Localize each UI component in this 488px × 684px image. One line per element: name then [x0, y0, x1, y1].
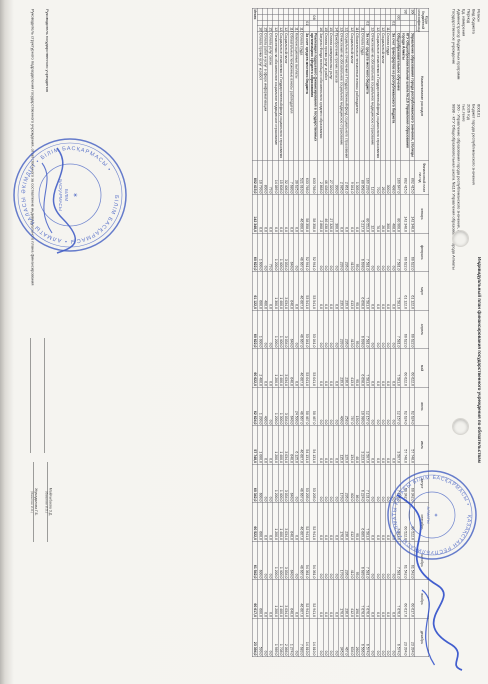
- expense-name: КГУ Общеобразовательная школа №116 Управ…: [401, 32, 410, 161]
- month-value: 0,0: [333, 349, 338, 388]
- plan-value: 2 985,0: [339, 160, 344, 195]
- month-value: 46 660,0: [299, 195, 304, 234]
- month-value: 190,0: [354, 580, 359, 619]
- month-value: 60 622,0: [401, 349, 410, 388]
- month-value: 7 581,0: [365, 233, 370, 272]
- month-value: 0,0: [390, 580, 395, 619]
- month-value: 6 566,0: [359, 618, 364, 657]
- month-value: 6 698,0: [359, 310, 364, 349]
- month-value: 46 667,0: [299, 233, 304, 272]
- expense-name: Реализация подушевого финансирования в г…: [309, 32, 318, 161]
- month-value: 0,0: [380, 426, 385, 465]
- month-value: 0,0: [268, 618, 273, 657]
- month-value: 0,0: [268, 195, 273, 234]
- month-value: 236,0: [344, 580, 349, 619]
- month-value: 0,0: [370, 233, 375, 272]
- plan-value: 32 406,0: [283, 160, 288, 195]
- expense-name: Затраты Фонда всеобщего обязательного ср…: [318, 32, 323, 161]
- month-value: 7 581,0: [365, 349, 370, 388]
- month-value: 412,0: [349, 541, 354, 580]
- month-value: 46 667,0: [299, 580, 304, 619]
- month-value: 412,0: [349, 503, 354, 542]
- month-column-header-12: декабрь: [415, 618, 429, 657]
- month-value: 2 868,0: [318, 195, 323, 234]
- month-value: 0,0: [263, 310, 268, 349]
- month-value: 0,0: [385, 310, 390, 349]
- month-value: 0,0: [375, 387, 380, 426]
- month-value: 0,0: [268, 272, 273, 311]
- month-value: 3 034,0: [283, 426, 288, 465]
- month-value: 58 358,0: [304, 195, 309, 234]
- month-value: 1 600,0: [257, 233, 262, 272]
- month-value: 0,0: [288, 195, 293, 234]
- month-value: 7 131,0: [396, 464, 401, 503]
- fio-caption: (Фамилия И.О.): [30, 462, 33, 542]
- unit-value: тыс.тенге: [461, 104, 466, 289]
- total-month-value: 60 622,0: [252, 233, 257, 272]
- month-value: 0,0: [380, 310, 385, 349]
- month-column-header-6: июнь: [415, 387, 429, 426]
- fio-caption: (Фамилия И.О.): [45, 462, 48, 542]
- month-value: 0,0: [263, 618, 268, 657]
- table-row: 015За счет средств местного бюджета633 7…: [304, 8, 309, 657]
- month-value: 0,0: [294, 618, 299, 657]
- month-value: 239,0: [344, 272, 349, 311]
- month-value: 412,0: [349, 580, 354, 619]
- month-value: 7 676,0: [396, 580, 401, 619]
- signature2-name: Жумадилова Г.Б.: [33, 462, 38, 542]
- expense-name: Социальные отчисления в Государственный …: [375, 32, 380, 161]
- month-value: 413,0: [349, 349, 354, 388]
- month-value: 80 552,0: [365, 195, 370, 234]
- month-value: 54 361,0: [304, 541, 309, 580]
- code-subprogram: 015: [365, 20, 370, 26]
- month-value: 0,0: [318, 310, 323, 349]
- month-value: 1 200,0: [273, 349, 278, 388]
- month-value: 52 941,0: [304, 580, 309, 619]
- month-value: 60 622,0: [410, 349, 415, 388]
- month-value: 0,0: [375, 541, 380, 580]
- month-value: 0,0: [323, 310, 328, 349]
- month-value: 0,0: [375, 349, 380, 388]
- total-month-value: 60 342,0: [252, 464, 257, 503]
- month-value: 0,0: [294, 272, 299, 311]
- plan-value: 2 868,0: [318, 160, 323, 195]
- month-value: 60 342,0: [401, 464, 410, 503]
- month-value: 58 358,0: [309, 195, 318, 234]
- expense-name: Социальный налог: [349, 32, 354, 161]
- month-value: 0,0: [333, 464, 338, 503]
- month-value: 0,0: [318, 503, 323, 542]
- month-value: 46 667,0: [299, 464, 304, 503]
- expense-name: Социальные отчисления в Государственный …: [278, 32, 283, 161]
- month-value: 150,0: [354, 387, 359, 426]
- month-value: 0,0: [328, 503, 333, 542]
- month-value: 46 667,0: [299, 541, 304, 580]
- month-value: 0,0: [328, 272, 333, 311]
- month-value: 0,0: [328, 387, 333, 426]
- code-specific: 149: [333, 26, 338, 32]
- plan-value: 633 768,0: [304, 160, 309, 195]
- month-value: 134,0: [349, 426, 354, 465]
- expense-name: Оплата прочих услуг и работ: [323, 32, 328, 161]
- month-value: 0,0: [375, 233, 380, 272]
- month-value: 0,0: [318, 349, 323, 388]
- month-value: 1 200,0: [273, 503, 278, 542]
- month-column-header-4: апрель: [415, 310, 429, 349]
- month-value: 413,0: [349, 272, 354, 311]
- month-value: 400,0: [263, 387, 268, 426]
- plan-value: 169 647,0: [396, 160, 401, 195]
- table-row: 152Оплата услуг связи79,00,079,00,00,00,…: [268, 8, 273, 657]
- month-value: 640,0: [288, 387, 293, 426]
- table-row: 122Социальные отчисления в Государственн…: [344, 8, 349, 657]
- month-value: 0,0: [344, 195, 349, 234]
- period-label: Период: [466, 9, 471, 104]
- month-value: 95,0: [354, 233, 359, 272]
- month-value: 46 438,0: [323, 195, 328, 234]
- month-value: 6 224,0: [359, 464, 364, 503]
- month-value: 80 960,0: [396, 195, 401, 234]
- month-value: 3 507,0: [365, 426, 370, 465]
- month-value: 0,0: [268, 541, 273, 580]
- svg-text:✶: ✶: [432, 513, 439, 518]
- month-value: 400,0: [263, 272, 268, 311]
- month-value: 1 400,0: [278, 310, 283, 349]
- svg-text:БІЛІМ: БІЛІМ: [64, 189, 69, 201]
- month-value: 0,0: [390, 387, 395, 426]
- month-value: 600,0: [257, 503, 262, 542]
- month-value: 0,0: [294, 310, 299, 349]
- month-value: 0,0: [278, 195, 283, 234]
- month-value: 0,0: [370, 503, 375, 542]
- table-row: 159Оплата работ и услуг в сфере информат…: [263, 8, 268, 657]
- signature2-caption: Руководитель структурного подразделения …: [30, 9, 35, 329]
- month-value: 1 400,0: [278, 541, 283, 580]
- expense-name: Оплата прочих услуг и работ: [257, 32, 262, 161]
- table-row: 116Обязательные пенсионные взносы работо…: [354, 8, 359, 657]
- plan-value: 9 041,0: [349, 160, 354, 195]
- month-value: 0,0: [333, 541, 338, 580]
- month-value: 0,0: [333, 580, 338, 619]
- table-row: 9898КГУ Общеобразовательная школа №116 У…: [401, 8, 410, 657]
- month-value: 60 342,0: [410, 464, 415, 503]
- month-value: 1 400,0: [278, 580, 283, 619]
- month-value: 0,0: [263, 349, 268, 388]
- month-value: 95,0: [354, 272, 359, 311]
- month-value: 62 624,0: [401, 387, 410, 426]
- month-value: 0,0: [318, 272, 323, 311]
- expense-name: Общеобразовательное обучение: [396, 32, 401, 161]
- month-value: 1 708,0: [278, 618, 283, 657]
- month-value: 0,0: [390, 349, 395, 388]
- month-column-header-11: ноябрь: [415, 580, 429, 619]
- month-value: 7 581,0: [396, 503, 401, 542]
- month-value: 1 200,0: [273, 233, 278, 272]
- month-value: 1 400,0: [278, 349, 283, 388]
- code-specific: 124: [273, 26, 278, 32]
- table-row: 121Социальный налог26,026,00,00,00,00,00…: [380, 8, 385, 657]
- month-value: 6 698,0: [359, 349, 364, 388]
- month-value: 54 361,0: [309, 541, 318, 580]
- expense-name: Обязательные пенсионные взносы работодат…: [288, 32, 293, 161]
- month-value: 6 689,0: [359, 503, 364, 542]
- month-value: 0,0: [323, 349, 328, 388]
- expense-name: Оплата работ и услуг в сфере информатиза…: [263, 32, 268, 161]
- table-row: 122Социальные отчисления в Государственн…: [278, 8, 283, 657]
- plan-value: 633 768,0: [309, 160, 318, 195]
- month-value: 1 200,0: [273, 426, 278, 465]
- month-value: 53 041,0: [304, 349, 309, 388]
- month-value: 402,0: [349, 464, 354, 503]
- month-value: 640,0: [288, 580, 293, 619]
- month-value: 53 041,0: [309, 349, 318, 388]
- code-specific: 121: [349, 26, 354, 32]
- total-month-value: 61 542,0: [252, 541, 257, 580]
- plan-value: 521 010,0: [299, 160, 304, 195]
- month-value: 7 581,0: [396, 233, 401, 272]
- month-value: 0,0: [380, 349, 385, 388]
- month-value: 0,0: [318, 618, 323, 657]
- table-row: 159Оплата прочих услуг и работ46 438,046…: [323, 8, 328, 657]
- expense-name: За счет средств местного бюджета: [304, 32, 309, 161]
- month-value: 3 034,0: [283, 464, 288, 503]
- month-value: 640,0: [288, 349, 293, 388]
- month-value: 12 157,0: [365, 387, 370, 426]
- month-value: 0,0: [328, 580, 333, 619]
- codes-column-header: Коды бюджетной классификации: [416, 8, 429, 32]
- month-value: 787,0: [349, 387, 354, 426]
- month-value: 46 667,0: [299, 349, 304, 388]
- code-specific: 121: [380, 26, 385, 32]
- month-value: 0,0: [263, 464, 268, 503]
- month-value: 0,0: [385, 580, 390, 619]
- expense-name: Оплата коммунальных услуг: [328, 32, 333, 161]
- table-row: 151Оплата коммунальных услуг27 320,027 3…: [328, 8, 333, 657]
- month-value: 1 300,0: [278, 387, 283, 426]
- plan-value: 408,0: [390, 160, 395, 195]
- month-value: 0,0: [257, 195, 262, 234]
- month-value: 60 522,0: [401, 503, 410, 542]
- month-value: 53 541,0: [304, 272, 309, 311]
- code-specific: 116: [288, 26, 293, 32]
- month-value: 57 748,0: [401, 426, 410, 465]
- month-value: 60 622,0: [401, 310, 410, 349]
- month-value: 3 034,0: [283, 580, 288, 619]
- month-value: 0,0: [318, 426, 323, 465]
- month-value: 95,0: [354, 541, 359, 580]
- month-value: 53 541,0: [309, 272, 318, 311]
- table-row: 124Отчисления на обязательное социальное…: [339, 8, 344, 657]
- table-row: 015За счет средств местного бюджета169 2…: [365, 8, 370, 657]
- month-value: 0,0: [268, 387, 273, 426]
- month-value: 3 034,0: [283, 310, 288, 349]
- month-value: 0,0: [283, 195, 288, 234]
- signature1-caption: Руководитель государственного учреждения: [45, 9, 50, 329]
- month-value: 0,0: [323, 426, 328, 465]
- signature1-name: Майлыбаева З.Д.: [48, 462, 53, 542]
- month-value: 6 574,0: [396, 618, 401, 657]
- month-value: 0,0: [328, 618, 333, 657]
- month-value: 26,0: [380, 195, 385, 234]
- month-value: 0,0: [370, 310, 375, 349]
- month-value: 60 617,0: [410, 580, 415, 619]
- month-value: 0,0: [375, 310, 380, 349]
- document-title: Индивидуальный план финансирования госуд…: [477, 200, 482, 520]
- month-value: 0,0: [333, 503, 338, 542]
- code-specific: 122: [278, 26, 283, 32]
- month-value: 46 667,0: [299, 426, 304, 465]
- financing-table: Коды бюджетной классификации Наименовани…: [252, 8, 429, 657]
- month-value: 0,0: [375, 580, 380, 619]
- expense-name: Социальный налог: [380, 32, 385, 161]
- month-value: 7 676,0: [365, 580, 370, 619]
- expense-name: Оплата услуг связи: [268, 32, 273, 161]
- institution-value: 9898 - КГУ Общеобразовательная школа №11…: [451, 104, 456, 289]
- month-column-header-5: май: [415, 349, 429, 388]
- month-value: 60 617,0: [401, 580, 410, 619]
- month-value: 413,0: [349, 233, 354, 272]
- table-row: 169Оплата прочих услуг и работ10 790,00,…: [257, 8, 262, 657]
- month-value: 61 542,0: [410, 541, 415, 580]
- month-value: 1 400,0: [278, 503, 283, 542]
- table-row: 003Общеобразовательное обучение169 647,0…: [396, 8, 401, 657]
- month-value: 0,0: [328, 464, 333, 503]
- month-value: 86,0: [354, 464, 359, 503]
- financing-plan-document: Регион600101 Вид бюджетаБюджет города ре…: [0, 0, 488, 684]
- month-value: 7 581,0: [365, 310, 370, 349]
- month-value: 95,0: [354, 349, 359, 388]
- month-value: 0,0: [385, 541, 390, 580]
- total-month-value: 60 622,0: [252, 310, 257, 349]
- month-value: 0,0: [263, 233, 268, 272]
- month-value: 7 678,0: [359, 580, 364, 619]
- month-value: 0,0: [294, 233, 299, 272]
- month-value: 640,0: [288, 464, 293, 503]
- month-value: 0,0: [385, 426, 390, 465]
- table-row: 011За счет трансфертов из республиканско…: [390, 8, 395, 657]
- month-value: 46 667,0: [299, 272, 304, 311]
- month-value: 0,0: [323, 503, 328, 542]
- total-month-value: 60 617,0: [252, 580, 257, 619]
- month-column-header-7: июль: [415, 426, 429, 465]
- table-row: 163Затраты Фонда всеобщего обязательного…: [318, 8, 323, 657]
- plan-value: 300,0: [333, 160, 338, 195]
- month-value: 0,0: [294, 195, 299, 234]
- month-value: 0,0: [323, 272, 328, 311]
- budget-type-value: Бюджет города республиканского значения: [471, 104, 476, 289]
- month-value: 170,0: [339, 541, 344, 580]
- month-value: 600,0: [257, 464, 262, 503]
- month-value: 258,0: [344, 387, 349, 426]
- table-row: 360Управление образования города республ…: [410, 8, 415, 657]
- code-specific: 169: [257, 26, 262, 32]
- month-value: 2 400,0: [257, 349, 262, 388]
- month-value: 0,0: [380, 503, 385, 542]
- month-value: 1 200,0: [273, 580, 278, 619]
- total-month-value: 62 624,0: [252, 387, 257, 426]
- month-column-header-9: сентябрь: [415, 503, 429, 542]
- signature2-line: [30, 338, 31, 453]
- month-value: 3 507,0: [396, 426, 401, 465]
- plan-value: 79,0: [268, 160, 273, 195]
- month-value: 0,0: [294, 580, 299, 619]
- month-value: 600,0: [257, 541, 262, 580]
- month-value: 14 810,0: [309, 618, 318, 657]
- plan-value: 802 415,0: [410, 160, 415, 195]
- month-value: 7 581,0: [365, 503, 370, 542]
- month-column-header-1: январь: [415, 195, 429, 234]
- admin-value: 360 - Управление образования города респ…: [456, 104, 461, 289]
- expense-name: Социальный налог: [283, 32, 288, 161]
- expense-name: Отчисления на обязательное социальное ме…: [370, 32, 375, 161]
- month-value: 1 989,0: [273, 618, 278, 657]
- month-value: 142 348,0: [401, 195, 410, 234]
- month-value: 0,0: [318, 387, 323, 426]
- month-value: 0,0: [370, 618, 375, 657]
- month-value: 0,0: [380, 233, 385, 272]
- month-value: 54 131,0: [304, 426, 309, 465]
- scanned-document-page: Регион600101 Вид бюджетаБюджет города ре…: [0, 0, 488, 684]
- month-value: 52 941,0: [309, 580, 318, 619]
- month-value: 600,0: [257, 580, 262, 619]
- month-value: 170,0: [339, 464, 344, 503]
- plan-value: 14 089,0: [273, 160, 278, 195]
- month-value: 2 066,0: [283, 618, 288, 657]
- month-value: 0,0: [370, 580, 375, 619]
- month-value: 0,0: [328, 349, 333, 388]
- month-value: 6 574,0: [365, 618, 370, 657]
- month-value: 0,0: [263, 580, 268, 619]
- code-specific: 163: [318, 26, 323, 32]
- table-row: 124Отчисления на обязательное социальное…: [370, 8, 375, 657]
- month-value: 0,0: [273, 195, 278, 234]
- month-value: 0,0: [323, 233, 328, 272]
- unit-label: Ед. измерения: [461, 9, 466, 104]
- month-value: 0,0: [385, 387, 390, 426]
- month-value: 0,0: [375, 426, 380, 465]
- month-value: 52 941,0: [309, 233, 318, 272]
- month-value: 239,0: [339, 349, 344, 388]
- month-value: 3 034,0: [283, 233, 288, 272]
- month-value: 1 200,0: [273, 310, 278, 349]
- month-value: 0,0: [333, 387, 338, 426]
- month-value: 408,0: [390, 195, 395, 234]
- month-value: 3 223,0: [359, 426, 364, 465]
- month-value: 0,0: [268, 464, 273, 503]
- month-column-header-3: март: [415, 272, 429, 311]
- month-value: 0,0: [333, 618, 338, 657]
- month-value: 0,0: [380, 541, 385, 580]
- svg-text:✶: ✶: [71, 192, 79, 198]
- month-value: 0,0: [390, 541, 395, 580]
- expense-name: За счет трансфертов из республиканского …: [390, 32, 395, 161]
- month-value: 0,0: [380, 464, 385, 503]
- month-value: 0,0: [385, 349, 390, 388]
- month-value: 0,0: [268, 349, 273, 388]
- month-value: 236,0: [344, 349, 349, 388]
- month-value: 236,0: [344, 541, 349, 580]
- month-value: 6 698,0: [359, 272, 364, 311]
- month-value: 1 200,0: [273, 541, 278, 580]
- month-value: 0,0: [390, 503, 395, 542]
- month-value: 0,0: [263, 503, 268, 542]
- month-value: 1 200,0: [273, 387, 278, 426]
- admin-label: Администратор бюджетных программ: [456, 9, 461, 104]
- institution-label: Государственное учреждение: [451, 9, 456, 104]
- month-value: 1 300,0: [273, 272, 278, 311]
- month-value: 3 034,0: [283, 272, 288, 311]
